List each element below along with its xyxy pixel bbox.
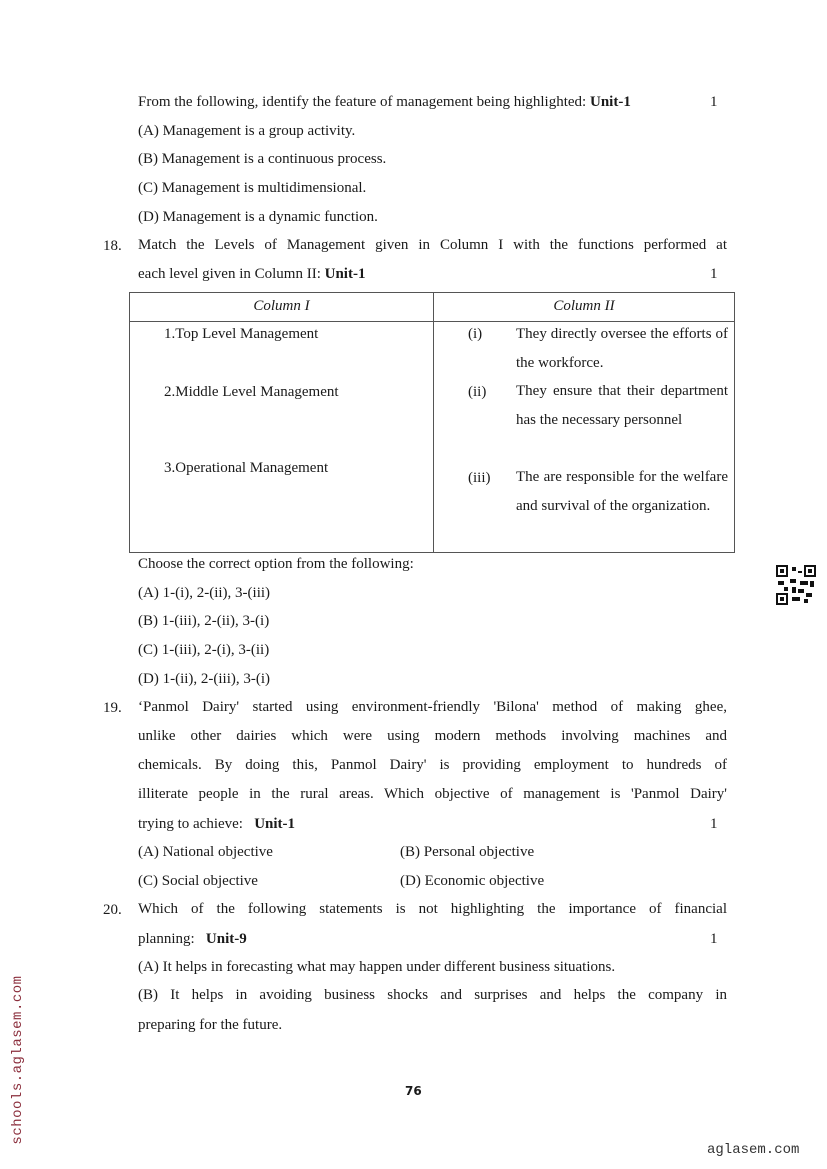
q17-unit: Unit-1	[590, 94, 631, 110]
q18-option-a: (A) 1-(i), 2-(ii), 3-(iii)	[138, 583, 270, 603]
q18-unit: Unit-1	[325, 266, 366, 282]
col1-item-1: 1.Top Level Management	[164, 324, 318, 344]
col1-item-2: 2.Middle Level Management	[164, 382, 339, 402]
q19-stem-line4: illiterate people in the rural areas. Wh…	[138, 780, 727, 809]
col2-desc-2: They ensure that their department has th…	[516, 377, 728, 434]
q20-option-a: (A) It helps in forecasting what may hap…	[138, 957, 615, 977]
column-2-cell: (i) They directly oversee the efforts of…	[434, 322, 735, 553]
col2-roman-3: (iii)	[468, 468, 491, 488]
col1-item-3: 3.Operational Management	[164, 458, 328, 478]
match-table-body-row: 1.Top Level Management 2.Middle Level Ma…	[130, 322, 735, 553]
q17-option-d: (D) Management is a dynamic function.	[138, 207, 378, 227]
q20-stem-text: planning:	[138, 931, 195, 947]
q18-prompt: Choose the correct option from the follo…	[138, 554, 414, 574]
q19-stem-line2: unlike other dairies which were using mo…	[138, 722, 727, 751]
q20-unit: Unit-9	[206, 931, 247, 947]
q18-number: 18.	[103, 236, 122, 256]
match-table: Column I Column II 1.Top Level Managemen…	[129, 292, 735, 553]
q18-marks: 1	[710, 264, 718, 284]
q20-marks: 1	[710, 929, 718, 949]
q18-option-c: (C) 1-(iii), 2-(i), 3-(ii)	[138, 640, 269, 660]
col2-desc-1: They directly oversee the efforts of the…	[516, 320, 728, 377]
q17-option-c: (C) Management is multidimensional.	[138, 178, 366, 198]
q19-option-d: (D) Economic objective	[400, 871, 544, 891]
q17-stem: From the following, identify the feature…	[138, 92, 631, 112]
q18-stem-line1: Match the Levels of Management given in …	[138, 231, 727, 260]
q19-stem-line3: chemicals. By doing this, Panmol Dairy' …	[138, 751, 727, 780]
q18-stem-text: each level given in Column II:	[138, 266, 321, 282]
q20-stem-line1: Which of the following statements is not…	[138, 895, 727, 924]
q19-stem-text: trying to achieve:	[138, 816, 243, 832]
q19-option-a: (A) National objective	[138, 842, 273, 862]
q19-option-c: (C) Social objective	[138, 871, 258, 891]
q17-option-a: (A) Management is a group activity.	[138, 121, 355, 141]
q18-option-d: (D) 1-(ii), 2-(iii), 3-(i)	[138, 669, 270, 689]
q19-stem-last: trying to achieve: Unit-1	[138, 814, 295, 834]
q19-unit: Unit-1	[254, 816, 295, 832]
q20-option-b-line2: preparing for the future.	[138, 1015, 282, 1035]
q20-option-b-line1: (B) It helps in avoiding business shocks…	[138, 981, 727, 1010]
page-number: 76	[405, 1084, 422, 1098]
qr-code-icon	[776, 565, 816, 605]
q20-stem-line2: planning: Unit-9	[138, 929, 247, 949]
q19-option-b: (B) Personal objective	[400, 842, 534, 862]
q18-stem-line2: each level given in Column II: Unit-1	[138, 264, 365, 284]
column-2-header: Column II	[434, 293, 735, 322]
q19-marks: 1	[710, 814, 718, 834]
match-table-header-row: Column I Column II	[130, 293, 735, 322]
q19-number: 19.	[103, 698, 122, 718]
col2-roman-2: (ii)	[468, 382, 486, 402]
q17-marks: 1	[710, 92, 718, 112]
side-watermark: schools.aglasem.com	[10, 960, 26, 1160]
col2-desc-3: The are responsible for the welfare and …	[516, 463, 728, 520]
q18-option-b: (B) 1-(iii), 2-(ii), 3-(i)	[138, 611, 269, 631]
q17-option-b: (B) Management is a continuous process.	[138, 149, 386, 169]
column-1-cell: 1.Top Level Management 2.Middle Level Ma…	[130, 322, 434, 553]
col2-roman-1: (i)	[468, 324, 482, 344]
q20-number: 20.	[103, 900, 122, 920]
q19-stem-line1: ‘Panmol Dairy' started using environment…	[138, 693, 727, 722]
column-1-header: Column I	[130, 293, 434, 322]
bottom-watermark: aglasem.com	[707, 1142, 799, 1158]
q17-stem-text: From the following, identify the feature…	[138, 94, 586, 110]
